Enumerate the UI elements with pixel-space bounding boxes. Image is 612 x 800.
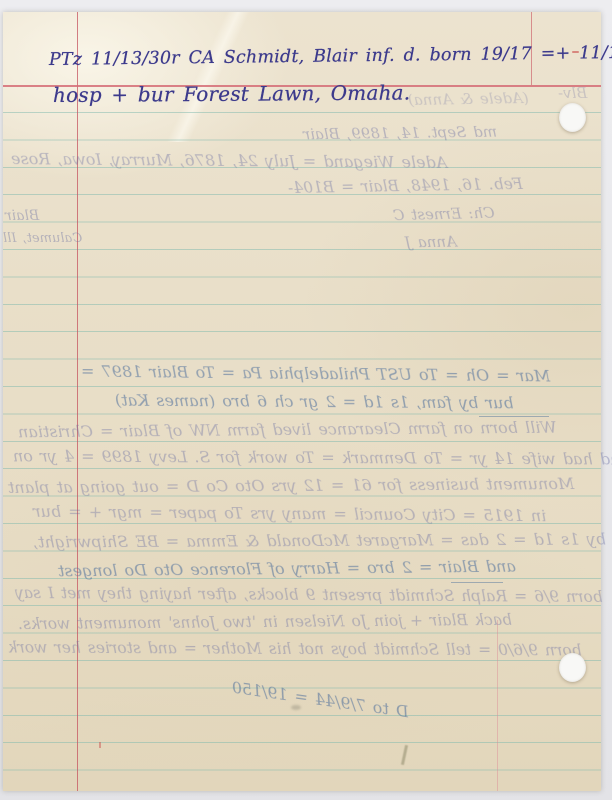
- notebook-paper-page: (Adele & Anna) Blv- md Sept. 14, 1899, B…: [3, 12, 601, 791]
- ghost-line: bur by fam, 1s 1d = 2 gr ch 6 bro (names…: [115, 391, 514, 413]
- ink-note-line-1: PTz 11/13/30r CA Schmidt, Blair inf. d. …: [49, 42, 612, 70]
- ghost-line: born 9/6/0 = tell Schmidt boys not his M…: [8, 638, 582, 659]
- ghost-line: Blv-: [558, 84, 587, 102]
- ghost-line: Ch: Ernest C: [393, 204, 495, 225]
- hole-punch-bottom: [559, 653, 586, 682]
- ghost-line: and had wife 14 yr = To Denmark = To wor…: [13, 446, 612, 468]
- ghost-line: md Sept. 14, 1899, Blair: [303, 123, 497, 144]
- ghost-line: (Adele & Anna): [408, 89, 529, 109]
- ghost-line: Anna J: [405, 233, 457, 252]
- ghost-line: Calumet, Ill: [3, 231, 82, 246]
- hole-punch-top: [559, 103, 586, 132]
- left-margin-line: [77, 12, 78, 791]
- ink-note-line-2: hosp + bur Forest Lawn, Omaha.: [53, 81, 410, 107]
- ghost-line: Monument business for 61 = 12 yrs Oto Co…: [8, 474, 574, 497]
- ghost-line: Adele Wiegand = July 24, 1876, Murray, I…: [11, 149, 447, 172]
- ghost-line: Blair: [5, 208, 39, 224]
- ghost-underline: [451, 582, 503, 583]
- ghost-line: by 1s 1d = 2 das = Margaret McDonald & E…: [33, 530, 606, 552]
